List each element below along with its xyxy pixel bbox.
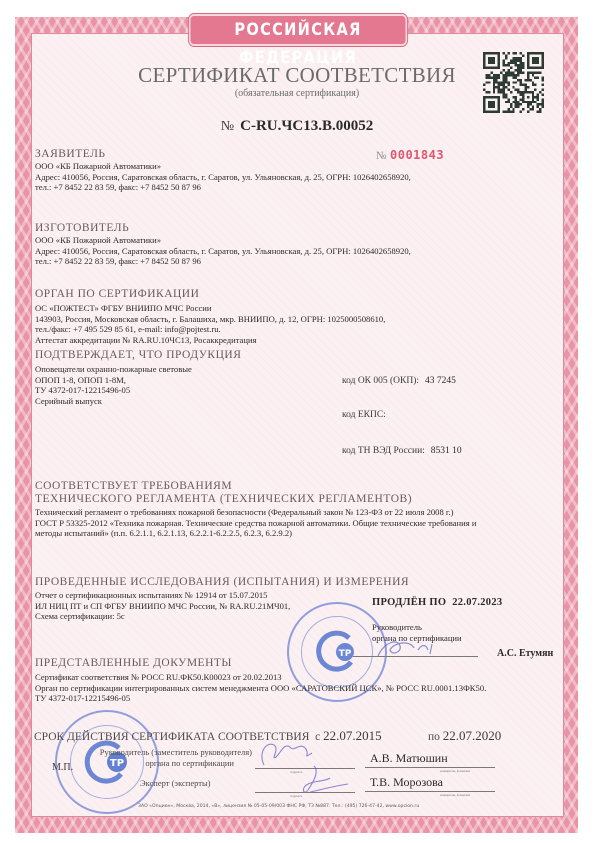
applicant-heading: ЗАЯВИТЕЛЬ [35, 148, 106, 160]
applicant-name: ООО «КБ Пожарной Автоматики» [35, 161, 411, 172]
code-tnved-label: код ТН ВЭД России: [342, 446, 425, 456]
extension-date: 22.07.2023 [452, 597, 502, 608]
head-role-1: Руководитель (заместитель руководителя) [92, 747, 252, 758]
requirement-regulation: Технический регламент о требованиях пожа… [35, 507, 476, 518]
svg-text:ТР: ТР [339, 649, 352, 659]
code-okp: код ОК 005 (ОКП):43 7245 [342, 376, 456, 386]
certificate-number: №C-RU.ЧС13.В.00052 [0, 118, 594, 135]
code-okp-label: код ОК 005 (ОКП): [342, 376, 419, 386]
product-name: Оповещатели охранно-пожарные световые [35, 364, 192, 375]
certification-body-contacts: тел./факс: +7 495 529 85 61, e-mail: inf… [35, 324, 385, 335]
product-block: Оповещатели охранно-пожарные световые ОП… [35, 364, 192, 406]
number-sign: № [221, 119, 234, 134]
extension-label: ПРОДЛЁН ПО [372, 597, 446, 608]
requirement-gost: ГОСТ Р 53325-2012 «Техника пожарная. Тех… [35, 518, 476, 529]
expert-name-caption: инициалы, фамилия [440, 793, 470, 797]
code-okp-value: 43 7245 [425, 376, 456, 386]
head-role-2: органа по сертификации [92, 758, 252, 769]
manufacturer-block: ООО «КБ Пожарной Автоматики» Адрес: 4100… [35, 235, 411, 267]
product-spec: ТУ 4372-017-12215496-05 [35, 385, 192, 396]
document-body: Орган по сертификации интегрированных си… [35, 683, 486, 694]
product-heading: ПОДТВЕРЖДАЕТ, ЧТО ПРОДУКЦИЯ [35, 349, 241, 361]
documents-block: Сертификат соответствия № РОСС RU.ФК50.К… [35, 672, 486, 704]
documents-heading: ПРЕДСТАВЛЕННЫЕ ДОКУМЕНТЫ [35, 657, 232, 669]
certification-body-heading: ОРГАН ПО СЕРТИФИКАЦИИ [35, 288, 199, 300]
qr-code-icon[interactable] [483, 52, 544, 113]
extension-signer-role-1: Руководитель [372, 622, 462, 633]
blank-serial-number: №0001843 [376, 148, 444, 162]
test-report: Отчет о сертификационных испытаниях № 12… [35, 590, 290, 601]
requirements-subheading: ТЕХНИЧЕСКОГО РЕГЛАМЕНТА (ТЕХНИЧЕСКИХ РЕГ… [35, 493, 412, 505]
product-models: ОПОП 1-8, ОПОП 1-8М, [35, 375, 192, 386]
extension-signature-line [353, 656, 478, 657]
validity-to-prefix: по [428, 731, 440, 743]
requirements-block: Технический регламент о требованиях пожа… [35, 507, 476, 539]
head-name: А.В. Матюшин [370, 751, 448, 766]
expert-role: Эксперт (эксперты) [140, 778, 211, 789]
code-ekps: код ЕКПС: [342, 410, 392, 420]
head-name-line [365, 767, 495, 768]
expert-signature-caption: подпись [290, 794, 302, 798]
printer-imprint: ЗАО «Опцион», Москва, 2014, «В», лицензи… [138, 804, 419, 809]
manufacturer-phone: тел.: +7 8452 22 83 59, факс: +7 8452 50… [35, 256, 411, 267]
manufacturer-address: Адрес: 410056, Россия, Саратовская облас… [35, 246, 411, 257]
expert-name-line [365, 791, 495, 792]
blank-number-value: 0001843 [390, 148, 444, 162]
seal-place-label: М.П. [52, 762, 73, 773]
validity-to-date: 22.07.2020 [443, 728, 502, 743]
country-banner: РОССИЙСКАЯ ФЕДЕРАЦИЯ [189, 14, 407, 46]
expert-name: Т.В. Морозова [370, 775, 443, 790]
certificate-number-value: C-RU.ЧС13.В.00052 [240, 118, 373, 134]
applicant-address: Адрес: 410056, Россия, Саратовская облас… [35, 172, 411, 183]
head-name-caption: инициалы, фамилия [440, 769, 470, 773]
certification-body-block: ОС «ПОЖТЕСТ» ФГБУ ВНИИПО МЧС России 1439… [35, 303, 385, 345]
document-spec: ТУ 4372-017-12215496-05 [35, 693, 486, 704]
certification-body-address: 143903, Россия, Московская область, г. Б… [35, 314, 385, 325]
head-role: Руководитель (заместитель руководителя) … [92, 747, 252, 768]
manufacturer-heading: ИЗГОТОВИТЕЛЬ [35, 222, 129, 234]
test-lab: ИЛ НИЦ ПТ и СП ФГБУ ВНИИПО МЧС России, №… [35, 601, 290, 612]
manufacturer-name: ООО «КБ Пожарной Автоматики» [35, 235, 411, 246]
validity-line: СРОК ДЕЙСТВИЯ СЕРТИФИКАТА СООТВЕТСТВИЯ с… [34, 728, 382, 744]
code-tnved-value: 8531 10 [431, 446, 462, 456]
extension-signer-name: А.С. Етумян [497, 648, 553, 659]
certification-body-accreditation: Аттестат аккредитации № RA.RU.10ЧС13, Ро… [35, 335, 385, 346]
extension-line: ПРОДЛЁН ПО 22.07.2023 [372, 597, 502, 608]
validity-to: по 22.07.2020 [428, 728, 501, 744]
certification-body-name: ОС «ПОЖТЕСТ» ФГБУ ВНИИПО МЧС России [35, 303, 385, 314]
product-production-type: Серийный выпуск [35, 396, 192, 407]
requirement-gost-cont: методы испытаний» (п.п. 6.2.1.1, 6.2.1.1… [35, 528, 476, 539]
requirements-heading: СООТВЕТСТВУЕТ ТРЕБОВАНИЯМ [35, 480, 232, 492]
tests-heading: ПРОВЕДЕННЫЕ ИССЛЕДОВАНИЯ (ИСПЫТАНИЯ) И И… [35, 576, 409, 588]
validity-from-date: 22.07.2015 [323, 728, 382, 743]
applicant-phone: тел.: +7 8452 22 83 59, факс: +7 8452 50… [35, 182, 411, 193]
applicant-block: ООО «КБ Пожарной Автоматики» Адрес: 4100… [35, 161, 411, 193]
expert-signature-line [255, 792, 355, 793]
certification-scheme: Схема сертификации: 5с [35, 611, 290, 622]
code-tnved: код ТН ВЭД России:8531 10 [342, 446, 462, 456]
document-certificate: Сертификат соответствия № РОСС RU.ФК50.К… [35, 672, 486, 683]
code-ekps-label: код ЕКПС: [342, 410, 386, 420]
tests-block: Отчет о сертификационных испытаниях № 12… [35, 590, 290, 622]
